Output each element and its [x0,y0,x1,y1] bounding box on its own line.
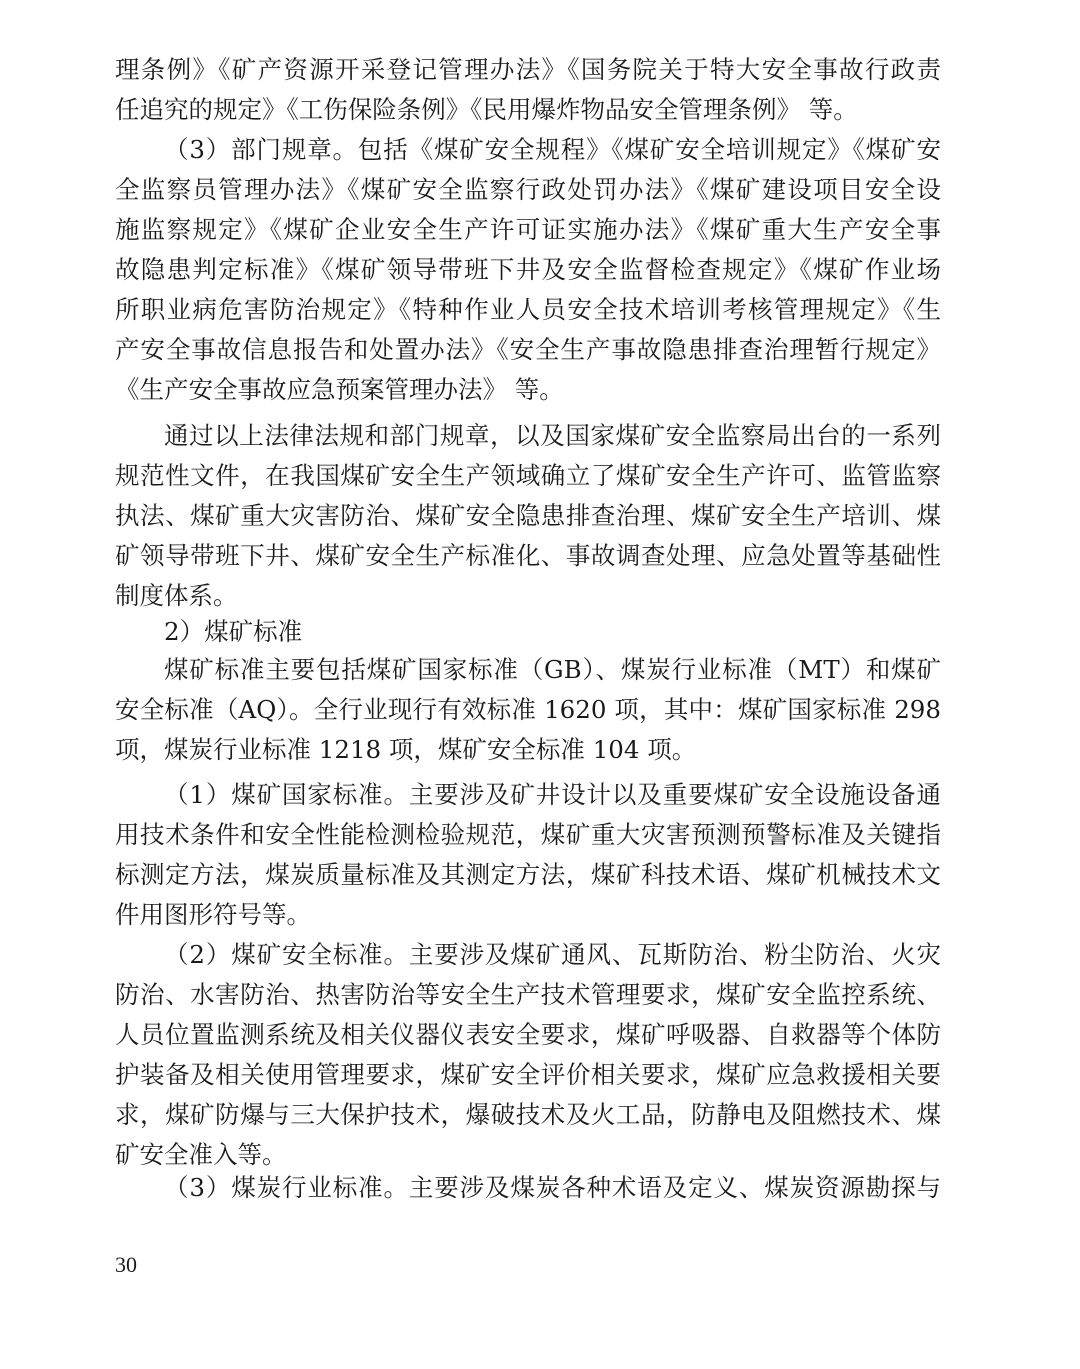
text-line: 安全标准（AQ）。全行业现行有效标准 1620 项，其中：煤矿国家标准 298 [115,690,941,730]
text-line: 制度体系。 [115,576,941,616]
text-line: （3）煤炭行业标准。主要涉及煤炭各种术语及定义、煤炭资源勘探与 [164,1168,941,1208]
text-line: 项，煤炭行业标准 1218 项，煤矿安全标准 104 项。 [115,730,941,770]
text-line: 用技术条件和安全性能检测检验规范，煤矿重大灾害预测预警标准及关键指 [115,815,941,855]
text-line: （2）煤矿安全标准。主要涉及煤矿通风、瓦斯防治、粉尘防治、火灾 [164,935,941,975]
text-line: 执法、煤矿重大灾害防治、煤矿安全隐患排查治理、煤矿安全生产培训、煤 [115,496,941,536]
text-line: （1）煤矿国家标准。主要涉及矿井设计以及重要煤矿安全设施设备通 [164,775,941,815]
text-line: 产安全事故信息报告和处置办法》《安全生产事故隐患排查治理暂行规定》 [115,330,941,370]
text-line: 通过以上法律法规和部门规章，以及国家煤矿安全监察局出台的一系列 [164,416,941,456]
text-line: 所职业病危害防治规定》《特种作业人员安全技术培训考核管理规定》《生 [115,290,941,330]
text-line: 防治、水害防治、热害防治等安全生产技术管理要求，煤矿安全监控系统、 [115,975,941,1015]
text-line: 理条例》《矿产资源开采登记管理办法》《国务院关于特大安全事故行政责 [115,50,941,90]
text-line: 施监察规定》《煤矿企业安全生产许可证实施办法》《煤矿重大生产安全事 [115,210,941,250]
text-line: 任追究的规定》《工伤保险条例》《民用爆炸物品安全管理条例》 等。 [115,90,941,130]
document-page: 理条例》《矿产资源开采登记管理办法》《国务院关于特大安全事故行政责任追究的规定》… [0,0,1080,1369]
text-line: 件用图形符号等。 [115,895,941,935]
text-line: 护装备及相关使用管理要求，煤矿安全评价相关要求，煤矿应急救援相关要 [115,1055,941,1095]
text-line: 全监察员管理办法》《煤矿安全监察行政处罚办法》《煤矿建设项目安全设 [115,170,941,210]
text-line: 标测定方法，煤炭质量标准及其测定方法，煤矿科技术语、煤矿机械技术文 [115,855,941,895]
text-line: 煤矿标准主要包括煤矿国家标准（GB）、煤炭行业标准（MT）和煤矿 [164,650,941,690]
text-line: 矿领导带班下井、煤矿安全生产标准化、事故调查处理、应急处置等基础性 [115,536,941,576]
text-line: 人员位置监测系统及相关仪器仪表安全要求，煤矿呼吸器、自救器等个体防 [115,1015,941,1055]
text-line: 《生产安全事故应急预案管理办法》 等。 [115,370,941,410]
text-line: 故隐患判定标准》《煤矿领导带班下井及安全监督检查规定》《煤矿作业场 [115,250,941,290]
text-line: 2）煤矿标准 [164,612,941,652]
text-line: 求，煤矿防爆与三大保护技术，爆破技术及火工品，防静电及阻燃技术、煤 [115,1095,941,1135]
page-number: 30 [115,1248,137,1282]
text-line: （3）部门规章。包括《煤矿安全规程》《煤矿安全培训规定》《煤矿安 [164,130,941,170]
text-line: 规范性文件，在我国煤矿安全生产领域确立了煤矿安全生产许可、监管监察 [115,456,941,496]
